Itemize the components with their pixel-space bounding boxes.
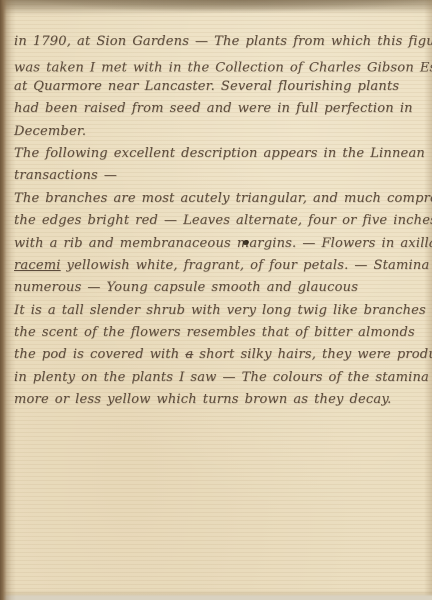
manuscript-line: The branches are most acutely triangular… xyxy=(14,188,426,210)
manuscript-line: the edges bright red — Leaves alternate,… xyxy=(14,210,426,232)
manuscript-line: December. xyxy=(14,121,426,143)
manuscript-line: numerous — Young capsule smooth and glau… xyxy=(14,277,426,299)
manuscript-line: at Quarmore near Lancaster. Several flou… xyxy=(14,76,426,98)
manuscript-page: in 1790, at Sion Gardens — The plants fr… xyxy=(0,0,432,600)
manuscript-line: with a rib and membranaceous margins. — … xyxy=(14,233,426,255)
manuscript-line: more or less yellow which turns brown as… xyxy=(14,389,426,411)
manuscript-line: transactions — xyxy=(14,165,426,187)
manuscript-line: in 1790, at Sion Gardens — The plants fr… xyxy=(14,31,426,53)
manuscript-line: The following excellent description appe… xyxy=(14,143,426,165)
manuscript-line: had been raised from seed and were in fu… xyxy=(14,98,426,120)
manuscript-line: was taken I met with in the Collection o… xyxy=(14,53,426,75)
manuscript-lines: in 1790, at Sion Gardens — The plants fr… xyxy=(14,31,426,412)
page-bottom-edge xyxy=(0,590,432,600)
manuscript-line: the scent of the flowers resembles that … xyxy=(14,322,426,344)
manuscript-line: in plenty on the plants I saw — The colo… xyxy=(14,367,426,389)
manuscript-line: racemi yellowish white, fragrant, of fou… xyxy=(14,255,426,277)
manuscript-line: the pod is covered with a short silky ha… xyxy=(14,344,426,366)
page-top-edge xyxy=(0,0,432,16)
manuscript-line: It is a tall slender shrub with very lon… xyxy=(14,300,426,322)
